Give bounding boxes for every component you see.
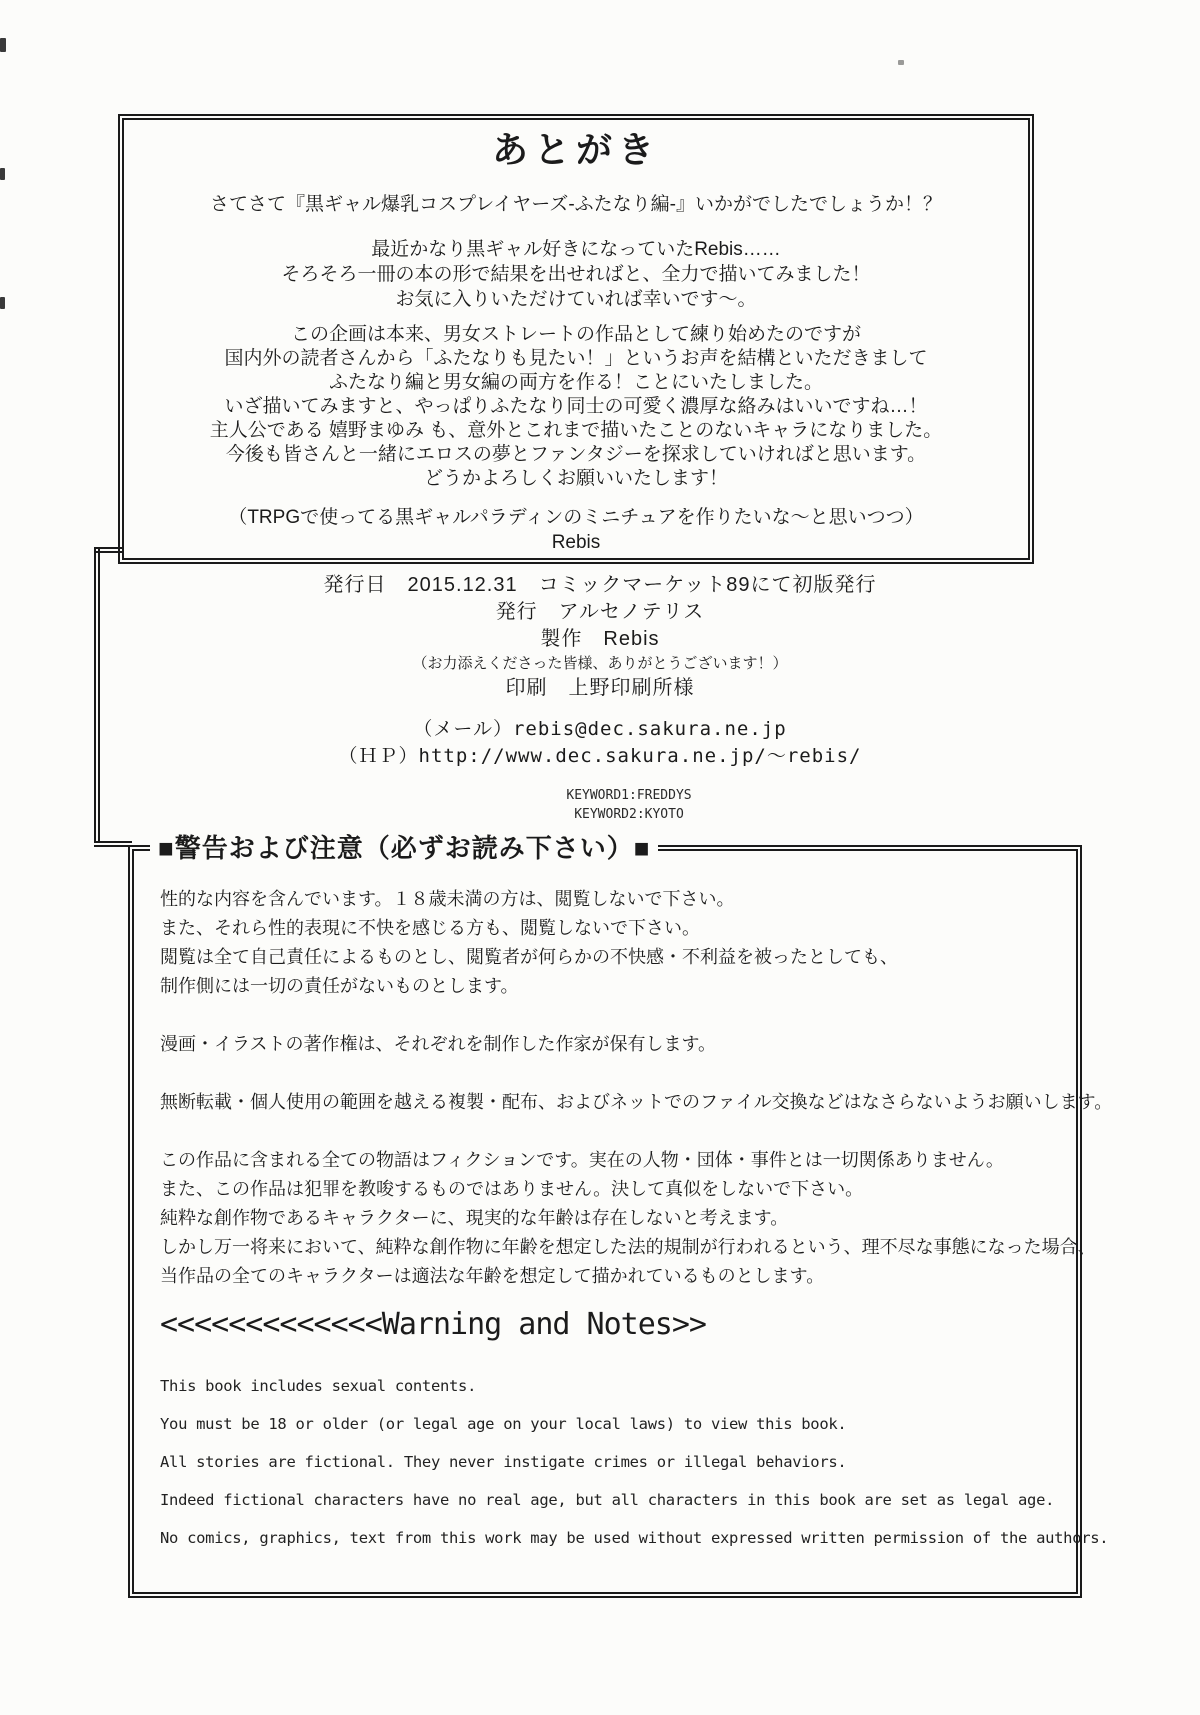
text-line: （TRPGで使ってる黒ギャルパラディンのミニチュアを作りたいな～と思いつつ） bbox=[124, 505, 1028, 530]
warning-heading-en: <<<<<<<<<<<<<Warning and Notes>> bbox=[160, 1305, 1054, 1345]
text-line: You must be 18 or older (or legal age on… bbox=[160, 1415, 1054, 1453]
text-line: 今後も皆さんと一緒にエロスの夢とファンタジーを探求していければと思います。 bbox=[124, 443, 1028, 467]
text-line: Indeed fictional characters have no real… bbox=[160, 1491, 1054, 1529]
afterword-paragraph-1: さてさて『黒ギャル爆乳コスプレイヤーズ-ふたなり編-』いかがでしたでしょうか！？ bbox=[124, 192, 1028, 217]
text-line bbox=[160, 1059, 1054, 1088]
warning-box: ■警告および注意（必ずお読み下さい）■ 性的な内容を含んでいます。１８歳未満の方… bbox=[128, 845, 1082, 1598]
text-line: この企画は本来、男女ストレートの作品として練り始めたのですが bbox=[124, 323, 1028, 347]
text-line: この作品に含まれる全ての物語はフィクションです。実在の人物・団体・事件とは一切関… bbox=[160, 1146, 1054, 1175]
text-line: 国内外の読者さんから「ふたなりも見たい！」というお声を結構といただきまして bbox=[124, 347, 1028, 371]
text-line: さてさて『黒ギャル爆乳コスプレイヤーズ-ふたなり編-』いかがでしたでしょうか！？ bbox=[124, 192, 1028, 217]
text-line: ふたなり編と男女編の両方を作る！ことにいたしました。 bbox=[124, 371, 1028, 395]
text-line: 性的な内容を含んでいます。１８歳未満の方は、閲覧しないで下さい。 bbox=[160, 885, 1054, 914]
text-line bbox=[160, 1117, 1054, 1146]
text-line: No comics, graphics, text from this work… bbox=[160, 1529, 1054, 1567]
afterword-title: あとがき bbox=[124, 128, 1028, 172]
colophon-keywords: KEYWORD1:FREDDYS KEYWORD2:KYOTO bbox=[0, 786, 1200, 824]
colophon-production: 製作 Rebis bbox=[0, 626, 1200, 653]
scan-artifact bbox=[0, 38, 6, 52]
text-line: しかし万一将来において、純粋な創作物に年齢を想定した法的規制が行われるという、理… bbox=[160, 1233, 1054, 1262]
text-line: This book includes sexual contents. bbox=[160, 1377, 1054, 1415]
colophon-printer: 印刷 上野印刷所様 bbox=[0, 675, 1200, 702]
warning-heading-jp: ■警告および注意（必ずお読み下さい）■ bbox=[150, 831, 658, 865]
text-line: 無断転載・個人使用の範囲を越える複製・配布、およびネットでのファイル交換などはな… bbox=[160, 1088, 1054, 1117]
afterword-box: あとがき さてさて『黒ギャル爆乳コスプレイヤーズ-ふたなり編-』いかがでしたでし… bbox=[118, 114, 1034, 564]
scanned-afterword-page: あとがき さてさて『黒ギャル爆乳コスプレイヤーズ-ふたなり編-』いかがでしたでし… bbox=[0, 0, 1200, 1715]
afterword-paragraph-3: この企画は本来、男女ストレートの作品として練り始めたのですが国内外の読者さんから… bbox=[124, 323, 1028, 491]
text-line: 主人公である 嬉野まゆみ も、意外とこれまで描いたことのないキャラになりました。 bbox=[124, 419, 1028, 443]
text-line: いざ描いてみますと、やっぱりふたなり同士の可愛く濃厚な絡みはいいですね…！ bbox=[124, 395, 1028, 419]
colophon-website: （ＨＰ）http://www.dec.sakura.ne.jp/～rebis/ bbox=[0, 743, 1200, 770]
text-line: そろそろ一冊の本の形で結果を出せればと、全力で描いてみました！ bbox=[124, 262, 1028, 287]
text-line: 漫画・イラストの著作権は、それぞれを制作した作家が保有します。 bbox=[160, 1030, 1054, 1059]
colophon: 発行日 2015.12.31 コミックマーケット89にて初版発行 発行 アルセノ… bbox=[0, 572, 1200, 824]
colophon-thanks: （お力添えくださった皆様、ありがとうございます！） bbox=[0, 653, 1200, 675]
colophon-issue-date: 発行日 2015.12.31 コミックマーケット89にて初版発行 bbox=[0, 572, 1200, 599]
text-line: 最近かなり黒ギャル好きになっていたRebis…… bbox=[124, 237, 1028, 262]
text-line: 制作側には一切の責任がないものとします。 bbox=[160, 972, 1054, 1001]
keyword-2: KEYWORD2:KYOTO bbox=[58, 805, 1200, 824]
text-line: また、この作品は犯罪を教唆するものではありません。決して真似をしないで下さい。 bbox=[160, 1175, 1054, 1204]
text-line: 当作品の全てのキャラクターは適法な年齢を想定して描かれているものとします。 bbox=[160, 1262, 1054, 1291]
scan-artifact bbox=[0, 168, 5, 180]
afterword-paragraph-4: （TRPGで使ってる黒ギャルパラディンのミニチュアを作りたいな～と思いつつ） bbox=[124, 505, 1028, 530]
afterword-signature: Rebis bbox=[124, 530, 1028, 555]
connector-line-top-jog bbox=[94, 547, 124, 553]
colophon-publisher: 発行 アルセノテリス bbox=[0, 599, 1200, 626]
scan-artifact bbox=[0, 297, 5, 309]
keyword-1: KEYWORD1:FREDDYS bbox=[58, 786, 1200, 805]
text-line: どうかよろしくお願いいたします！ bbox=[124, 467, 1028, 491]
text-line: All stories are fictional. They never in… bbox=[160, 1453, 1054, 1491]
warning-lines-en: This book includes sexual contents.You m… bbox=[160, 1377, 1054, 1567]
afterword-paragraph-2: 最近かなり黒ギャル好きになっていたRebis……そろそろ一冊の本の形で結果を出せ… bbox=[124, 237, 1028, 312]
connector-line-bottom-jog bbox=[94, 841, 132, 847]
text-line bbox=[160, 1001, 1054, 1030]
scan-artifact bbox=[898, 60, 904, 65]
colophon-mail: （メール）rebis@dec.sakura.ne.jp bbox=[0, 716, 1200, 743]
text-line: また、それら性的表現に不快を感じる方も、閲覧しないで下さい。 bbox=[160, 914, 1054, 943]
text-line: 閲覧は全て自己責任によるものとし、閲覧者が何らかの不快感・不利益を被ったとしても… bbox=[160, 943, 1054, 972]
text-line: お気に入りいただけていれば幸いです～。 bbox=[124, 287, 1028, 312]
warning-lines-jp: 性的な内容を含んでいます。１８歳未満の方は、閲覧しないで下さい。また、それら性的… bbox=[160, 885, 1054, 1291]
text-line: 純粋な創作物であるキャラクターに、現実的な年齢は存在しないと考えます。 bbox=[160, 1204, 1054, 1233]
